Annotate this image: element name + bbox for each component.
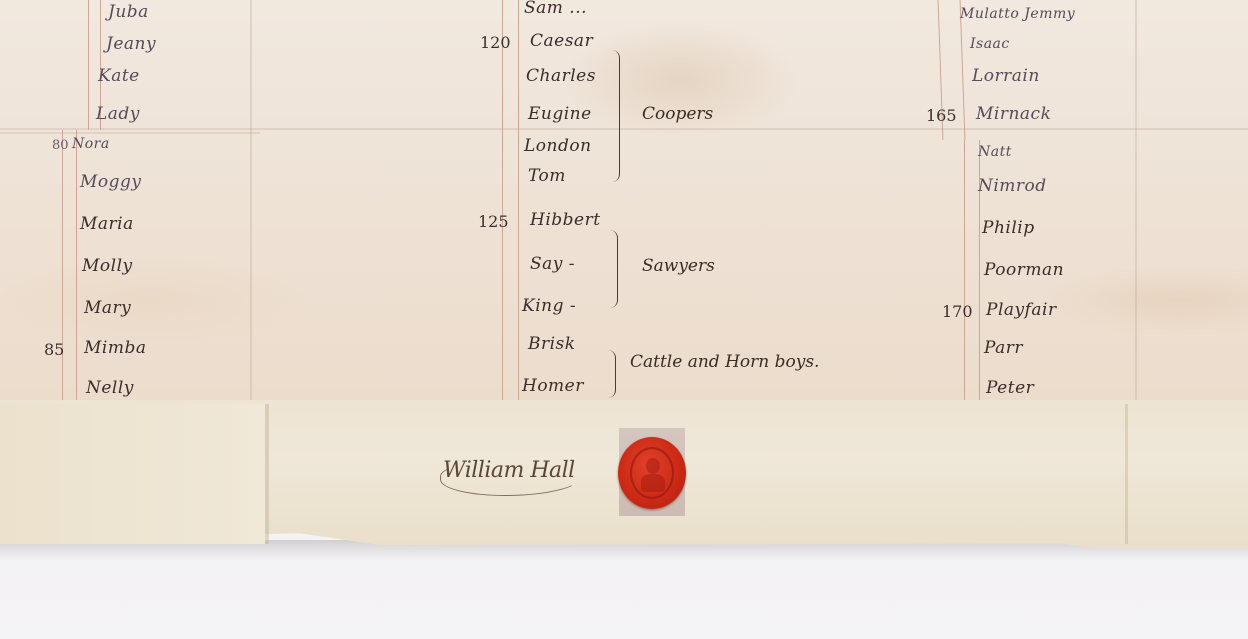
group-label-sawyers: Sawyers xyxy=(642,256,715,276)
entry-name: Caesar xyxy=(530,31,593,51)
fold-flap xyxy=(0,404,265,544)
entry-number: 125 xyxy=(478,212,509,231)
entry-name: Nelly xyxy=(86,378,134,398)
column-rule xyxy=(964,140,965,402)
fold-crease xyxy=(250,0,252,410)
entry-name: Homer xyxy=(522,376,584,396)
entry-name: London xyxy=(524,136,592,156)
parchment-page: Juba Jeany Kate Lady 80 Nora Moggy Maria… xyxy=(0,0,1248,410)
fold-crease xyxy=(0,132,260,134)
entry-number: 165 xyxy=(926,106,957,125)
wax-seal-icon xyxy=(618,437,686,509)
seal-portrait-frame xyxy=(630,447,674,499)
entry-name: Maria xyxy=(80,214,134,234)
fold-crease xyxy=(0,128,1248,130)
entry-name: Philip xyxy=(982,218,1035,238)
entry-name: Mulatto Jemmy xyxy=(960,6,1075,22)
entry-name: Playfair xyxy=(986,300,1057,320)
entry-name: Charles xyxy=(526,66,596,86)
column-rule xyxy=(502,0,503,400)
entry-name: Mirnack xyxy=(976,104,1051,124)
entry-name: Kate xyxy=(98,66,140,86)
seal-portrait-bust xyxy=(641,474,665,492)
entry-name: Jeany xyxy=(106,34,156,54)
entry-name: Nimrod xyxy=(978,176,1047,196)
column-rule xyxy=(88,0,89,130)
entry-name: Molly xyxy=(82,256,133,276)
signature: William Hall xyxy=(443,458,575,483)
entry-number: 85 xyxy=(44,340,64,359)
entry-name: Mary xyxy=(84,298,131,318)
group-bracket xyxy=(610,230,618,308)
entry-name: Say - xyxy=(530,254,575,274)
group-label-coopers: Coopers xyxy=(642,104,713,124)
entry-number: 120 xyxy=(480,33,511,52)
entry-name: Poorman xyxy=(984,260,1064,280)
group-bracket xyxy=(612,50,620,182)
group-label-cattle-horn-boys: Cattle and Horn boys. xyxy=(630,352,819,372)
entry-name: King - xyxy=(522,296,576,316)
entry-name: Moggy xyxy=(80,172,142,192)
entry-number: 80 xyxy=(52,138,69,153)
entry-name: Tom xyxy=(528,166,566,186)
entry-name: Lady xyxy=(96,104,140,124)
seal-portrait-head xyxy=(646,458,660,474)
group-bracket xyxy=(608,350,616,398)
entry-name: Peter xyxy=(986,378,1034,398)
entry-name: Parr xyxy=(984,338,1023,358)
fold-crease xyxy=(1135,0,1137,410)
fold-crease xyxy=(1125,404,1128,544)
entry-name: Juba xyxy=(108,2,149,22)
entry-name: Sam ... xyxy=(524,0,587,18)
entry-name: Hibbert xyxy=(530,210,601,230)
column-rule xyxy=(62,130,63,400)
entry-number: 170 xyxy=(942,302,973,321)
entry-name: Eugine xyxy=(528,104,592,124)
entry-name: Natt xyxy=(978,144,1012,160)
column-rule xyxy=(518,0,519,400)
entry-name: Brisk xyxy=(528,334,576,354)
entry-name: Isaac xyxy=(970,36,1010,52)
entry-name: Lorrain xyxy=(972,66,1040,86)
entry-name: Mimba xyxy=(84,338,146,358)
column-rule xyxy=(76,130,77,405)
entry-name: Nora xyxy=(72,136,110,152)
fold-crease xyxy=(265,404,269,544)
